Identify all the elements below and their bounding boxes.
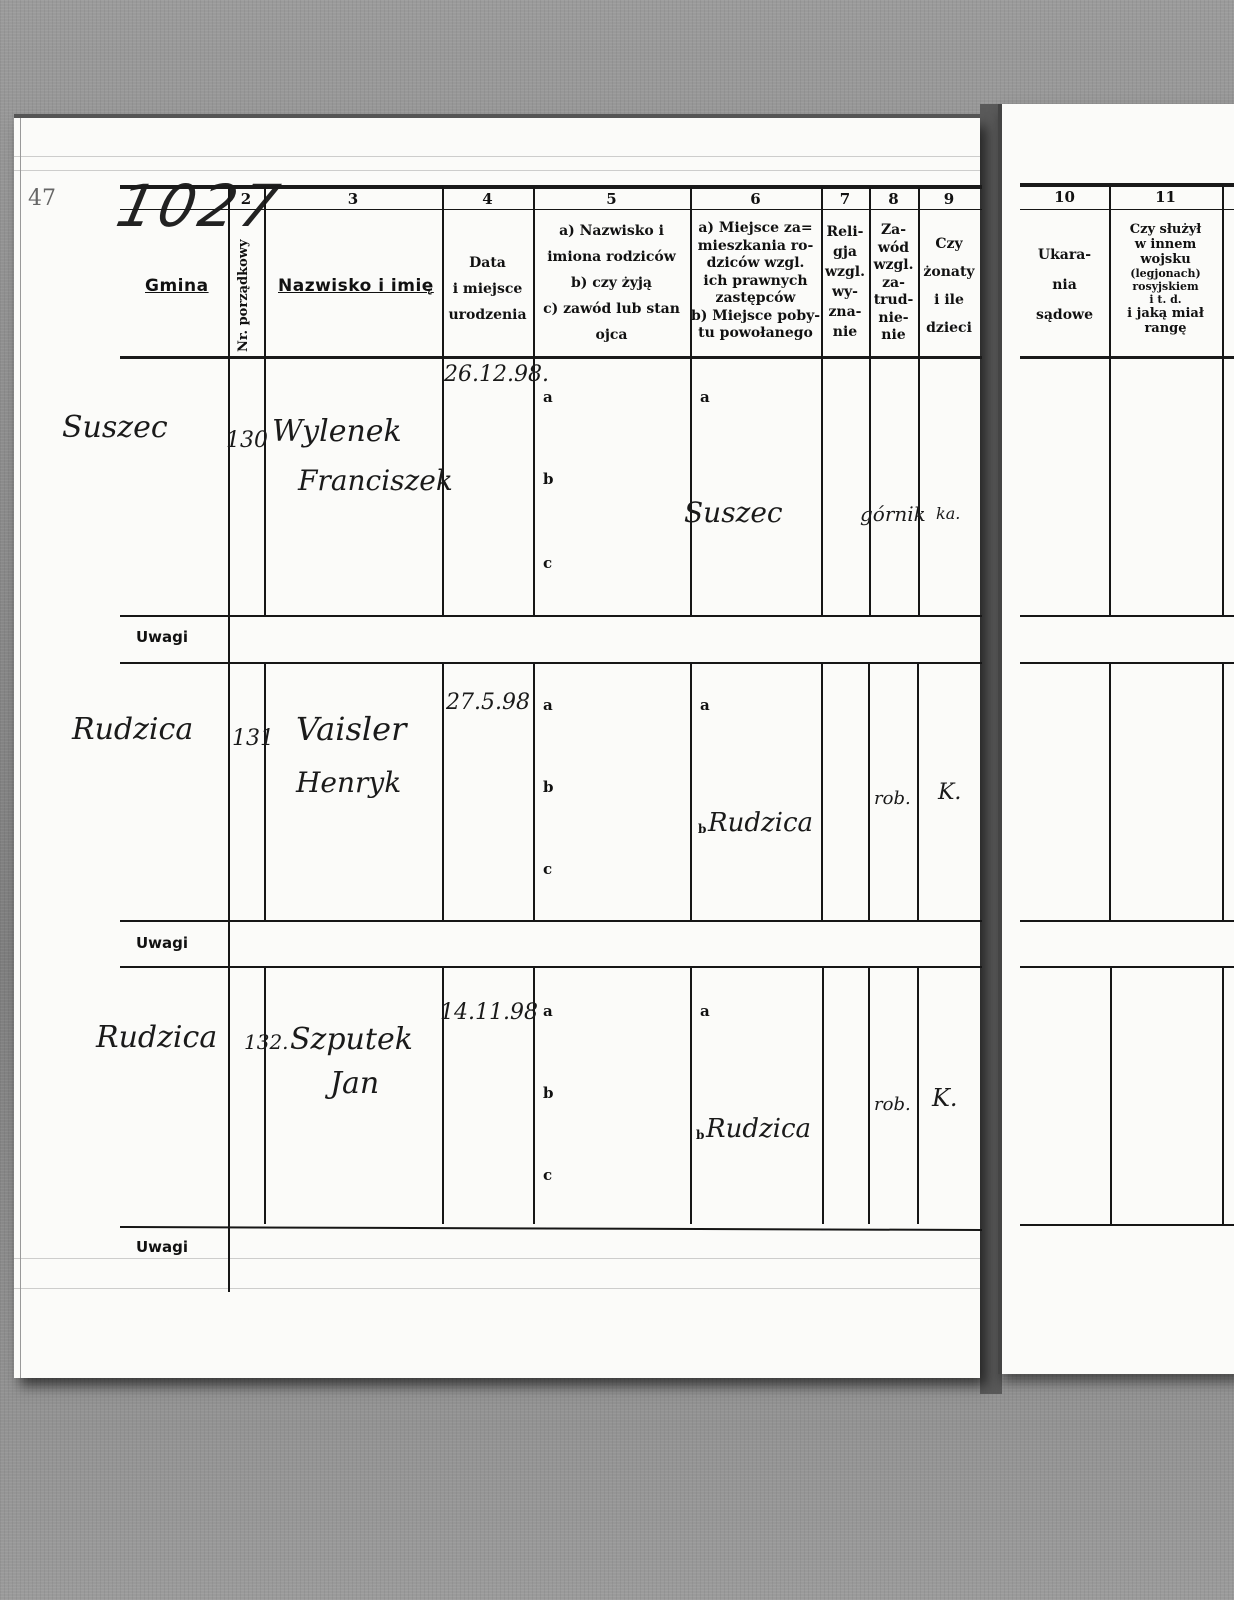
entry-residence-b: Suszec	[684, 496, 783, 529]
entry-nr: 132.	[244, 1030, 289, 1054]
entry-gmina: Suszec	[62, 410, 168, 445]
entry-surname: Wylenek	[272, 414, 402, 449]
entry-gmina: Rudzica	[72, 712, 193, 747]
col-header-religion: Reli- gja wzgl. wy- zna- nie	[821, 222, 869, 342]
col-header-residence: a) Miejsce za= mieszkania ro- dziców wzg…	[690, 220, 821, 343]
entry-birth-date: 26.12.98.	[444, 362, 549, 387]
sub-label-c: c	[543, 1166, 552, 1184]
entry-marital: K.	[932, 1084, 958, 1112]
entry-nr: 130	[226, 428, 268, 453]
right-header-top-rule	[1020, 183, 1234, 187]
entry-birth-date: 27.5.98	[446, 690, 530, 715]
header-top-rule	[120, 185, 982, 189]
sub-label-c: c	[543, 554, 552, 572]
entry-occupation: rob.	[874, 788, 911, 809]
col-number-11: 11	[1109, 188, 1222, 206]
col-number-9: 9	[918, 190, 980, 208]
entry-marital: K.	[938, 780, 961, 805]
entry-given-name: Jan	[330, 1066, 379, 1101]
remarks-label: Uwagi	[136, 1238, 188, 1256]
sub-label-a: a	[700, 696, 710, 714]
entry-occupation: górnik	[860, 502, 926, 526]
sub-label-b: b	[543, 778, 554, 796]
sub-label-b: b	[543, 1084, 554, 1102]
col-number-10: 10	[1020, 188, 1109, 206]
col-header-birth: Data i miejsce urodzenia	[442, 250, 533, 328]
remarks-label: Uwagi	[136, 934, 188, 952]
sub-label-c: c	[543, 860, 552, 878]
sub-label-b: b	[698, 822, 706, 836]
sub-label-a: a	[700, 388, 710, 406]
remarks-label: Uwagi	[136, 628, 188, 646]
header-bottom-rule	[120, 356, 982, 359]
sub-label-b: b	[696, 1128, 704, 1142]
sub-label-a: a	[700, 1002, 710, 1020]
col-number-2: 2	[228, 190, 264, 208]
folio-pencil-number: 47	[28, 186, 56, 211]
col-number-8: 8	[869, 190, 918, 208]
col-number-4: 4	[442, 190, 533, 208]
col-header-gmina: Gmina	[145, 276, 209, 296]
entry-birth-date: 14.11.98	[440, 1000, 538, 1025]
entry-residence-b: Rudzica	[708, 808, 813, 838]
col-header-parents: a) Nazwisko i imiona rodziców b) czy żyj…	[533, 218, 690, 348]
entry-given-name: Henryk	[296, 766, 401, 799]
entry-given-name: Franciszek	[298, 464, 453, 497]
col-header-occupation: Za- wód wzgl. za- trud- nie- nie	[869, 222, 918, 345]
entry-residence-b: Rudzica	[706, 1114, 811, 1144]
col-number-5: 5	[533, 190, 690, 208]
col-header-marital: Czy żonaty i ile dzieci	[918, 230, 980, 342]
col-number-3: 3	[264, 190, 442, 208]
sub-label-b: b	[543, 470, 554, 488]
entry-surname: Vaisler	[296, 710, 406, 748]
entry-occupation: rob.	[874, 1094, 911, 1115]
entry-marital: ka.	[936, 504, 960, 523]
sub-label-a: a	[543, 388, 553, 406]
col-header-name: Nazwisko i imię	[278, 276, 434, 296]
col-number-6: 6	[690, 190, 821, 208]
book-gutter	[980, 104, 1002, 1394]
entry-gmina: Rudzica	[96, 1020, 217, 1055]
sub-label-a: a	[543, 1002, 553, 1020]
col-header-nr: Nr. porządkowy	[236, 239, 251, 352]
header-number-rule	[120, 209, 982, 210]
sub-label-a: a	[543, 696, 553, 714]
entry-surname: Szputek	[290, 1022, 413, 1057]
col-header-convictions: Ukara- nia sądowe	[1020, 240, 1109, 330]
entry-nr: 131	[232, 726, 274, 751]
col-header-military-service: Czy służył w innem wojsku (legjonach) ro…	[1109, 222, 1222, 336]
col-number-7: 7	[821, 190, 869, 208]
